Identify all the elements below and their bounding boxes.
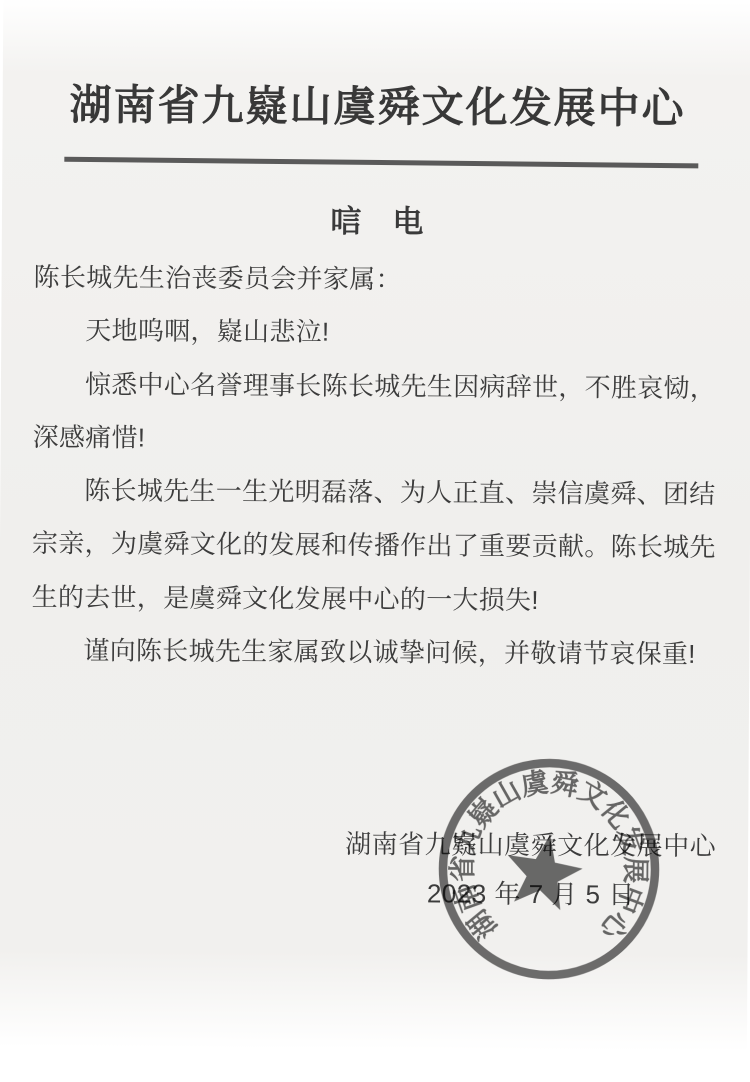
body-line: 谨向陈长城先生家属致以诚挚问候，并敬请节哀保重! [31,624,731,682]
letterhead-org-name: 湖南省九嶷山虞舜文化发展中心 [2,76,750,139]
body-line: 陈长城先生一生光明磊落、为人正直、崇信虞舜、团结 [32,464,732,522]
official-seal-stamp: 湖南省九嶷山虞舜文化发展中心 [433,750,664,987]
body-line: 天地呜咽，嶷山悲泣! [33,304,733,362]
body-line: 生的去世，是虞舜文化发展中心的一大损失! [31,571,731,629]
salutation-line: 陈长城先生治丧委员会并家属： [33,251,733,309]
star-icon [500,828,588,913]
scanned-letter-page: 湖南省九嶷山虞舜文化发展中心 唁 电 陈长城先生治丧委员会并家属： 天地呜咽，嶷… [0,0,750,1082]
document-title: 唁 电 [2,195,750,250]
body-line: 宗亲，为虞舜文化的发展和传播作出了重要贡献。陈长城先 [32,517,732,575]
letter-body: 陈长城先生治丧委员会并家属： 天地呜咽，嶷山悲泣! 惊悉中心名誉理事长陈长城先生… [31,251,734,682]
letterhead-divider-rule [64,157,698,169]
body-line: 深感痛惜! [32,411,732,469]
body-line: 惊悉中心名誉理事长陈长城先生因病辞世，不胜哀恸， [33,358,733,416]
letter-paper: 湖南省九嶷山虞舜文化发展中心 唁 电 陈长城先生治丧委员会并家属： 天地呜咽，嶷… [0,0,750,1082]
